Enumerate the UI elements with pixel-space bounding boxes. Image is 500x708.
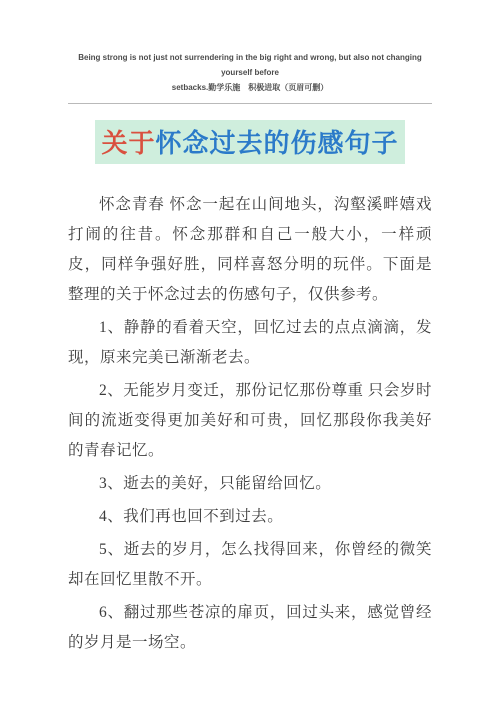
- header-line-1: Being strong is not just not surrenderin…: [74, 50, 426, 80]
- document-page: Being strong is not just not surrenderin…: [0, 0, 500, 708]
- document-body: 怀念青春 怀念一起在山间地头，沟壑溪畔嬉戏打闹的往昔。怀念那群和自己一般大小，一…: [68, 190, 432, 658]
- quote-item-5: 5、逝去的岁月，怎么找得回来，你曾经的微笑 却在回忆里散不开。: [68, 535, 432, 595]
- quote-item-6: 6、翻过那些苍凉的扉页，回过头来，感觉曾经的岁月是一场空。: [68, 598, 432, 658]
- header-divider: [68, 103, 432, 104]
- quote-item-3: 3、逝去的美好，只能留给回忆。: [68, 469, 432, 499]
- intro-paragraph: 怀念青春 怀念一起在山间地头，沟壑溪畔嬉戏打闹的往昔。怀念那群和自己一般大小，一…: [68, 190, 432, 310]
- page-title-prefix: 关于: [101, 128, 155, 158]
- page-title-rest: 怀念过去的伤感句子: [156, 128, 399, 158]
- header-line-2: setbacks.勤学乐施 积极进取（页眉可删）: [74, 80, 426, 95]
- quote-item-4: 4、我们再也回不到过去。: [68, 502, 432, 532]
- page-title: 关于怀念过去的伤感句子: [95, 120, 404, 164]
- page-header: Being strong is not just not surrenderin…: [74, 0, 426, 95]
- quote-item-1: 1、静静的看着天空，回忆过去的点点滴滴，发现，原来完美已渐渐老去。: [68, 313, 432, 373]
- title-wrap: 关于怀念过去的伤感句子: [0, 120, 500, 164]
- quote-item-2: 2、无能岁月变迁，那份记忆那份尊重 只会岁时间的流逝变得更加美好和可贵，回忆那段…: [68, 376, 432, 466]
